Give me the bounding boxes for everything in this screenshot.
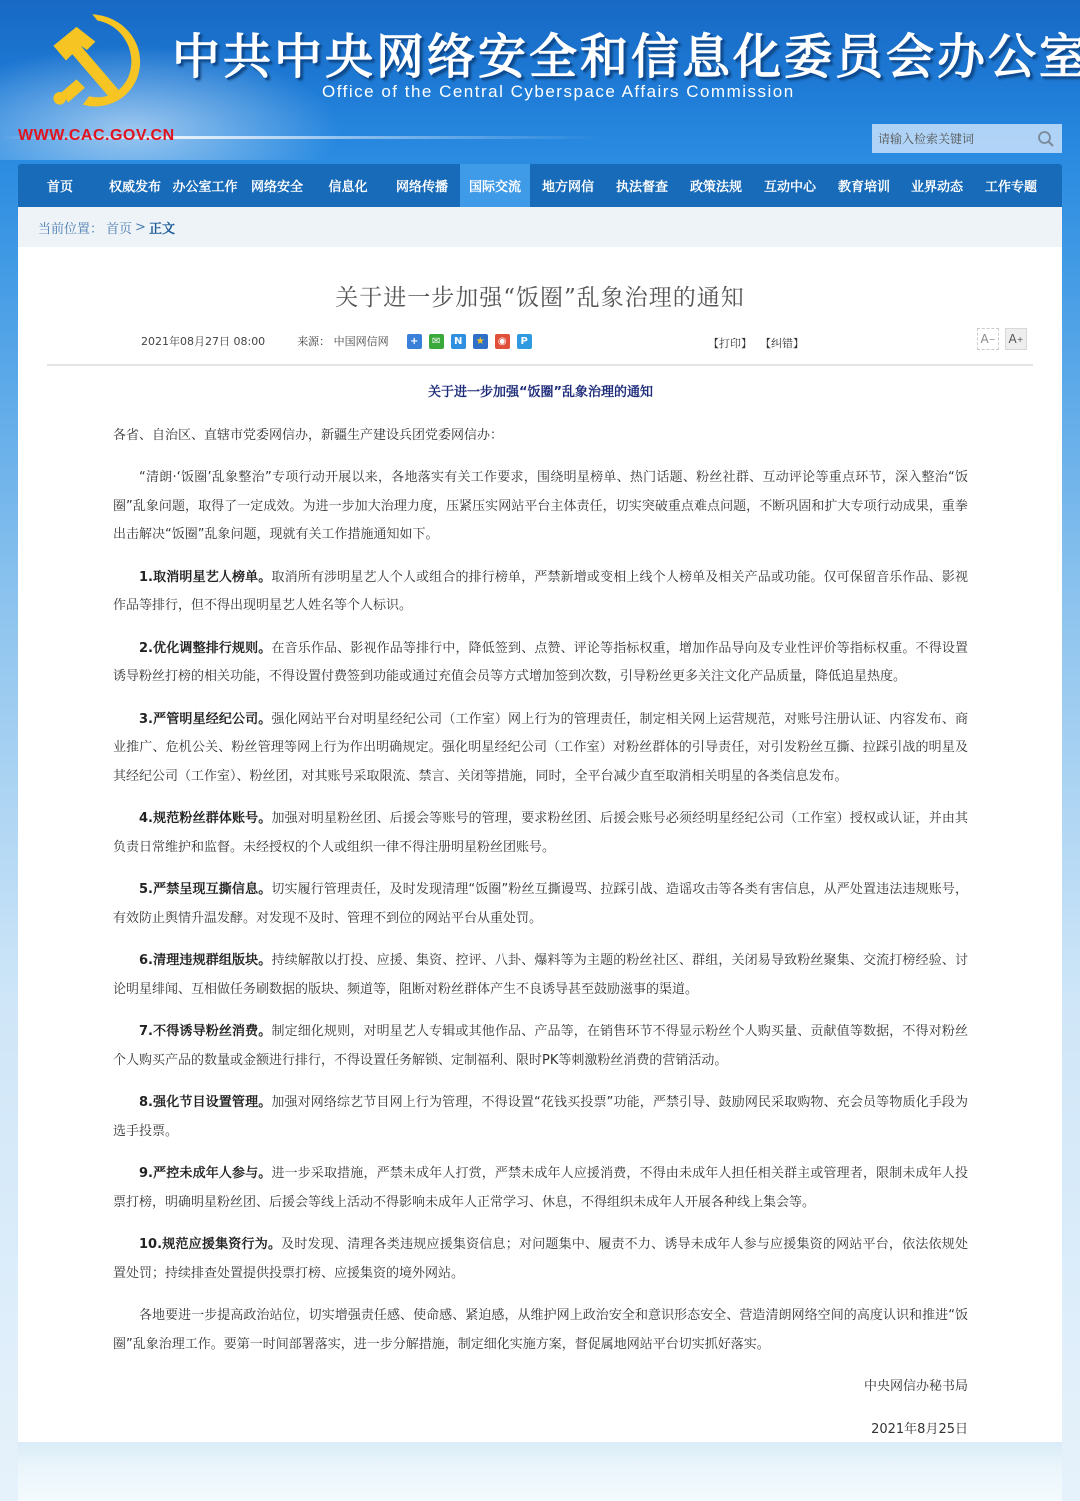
signature: 中央网信办秘书局 [113, 1373, 968, 1402]
measure-item-9: 9.严控未成年人参与。进一步采取措施，严禁未成年人打赏，严禁未成年人应援消费，不… [113, 1160, 968, 1217]
breadcrumb-current: 正文 [149, 218, 175, 237]
salutation: 各省、自治区、直辖市党委网信办，新疆生产建设兵团党委网信办： [113, 422, 968, 451]
article-title: 关于进一步加强“饭圈”乱象治理的通知 [18, 279, 1062, 312]
measure-item-1: 1.取消明星艺人榜单。取消所有涉明星艺人个人或组合的排行榜单，严禁新增或变相上线… [113, 564, 968, 621]
nav-item-office-work[interactable]: 办公室工作 [168, 164, 242, 207]
news-icon[interactable]: N [451, 334, 466, 349]
article-source: 来源： 中国网信网 [297, 333, 389, 349]
search-input[interactable] [878, 132, 1028, 146]
main-nav: 首页 权威发布 办公室工作 网络安全 信息化 网络传播 国际交流 地方网信 执法… [18, 164, 1062, 207]
measure-heading: 3.严管明星经纪公司。 [139, 712, 271, 727]
article-tools: 【打印】 【纠错】 [708, 335, 804, 351]
intro-paragraph: “清朗·‘饭圈’乱象整治”专项行动开展以来，各地落实有关工作要求，围绕明星榜单、… [113, 464, 968, 550]
article-body: 关于进一步加强“饭圈”乱象治理的通知 各省、自治区、直辖市党委网信办，新疆生产建… [113, 379, 968, 1458]
nav-item-informatization[interactable]: 信息化 [312, 164, 384, 207]
wechat-icon[interactable]: ✉ [429, 334, 444, 349]
weibo-icon[interactable]: ◉ [495, 334, 510, 349]
pinterest-icon[interactable]: P [517, 334, 532, 349]
measure-item-3: 3.严管明星经纪公司。强化网站平台对明星经纪公司（工作室）网上行为的管理责任，制… [113, 706, 968, 792]
nav-item-interaction-center[interactable]: 互动中心 [754, 164, 826, 207]
breadcrumb-home-link[interactable]: 首页 [106, 218, 132, 237]
font-decrease-icon: A [981, 332, 989, 346]
site-title: 中共中央网络安全和信息化委员会办公室 [172, 18, 1080, 87]
font-decrease-button[interactable]: A− [977, 328, 999, 350]
document-title: 关于进一步加强“饭圈”乱象治理的通知 [113, 379, 968, 408]
nav-item-industry-news[interactable]: 业界动态 [902, 164, 972, 207]
qzone-icon[interactable]: ★ [473, 334, 488, 349]
measure-heading: 5.严禁呈现互撕信息。 [139, 882, 271, 897]
measure-item-10: 10.规范应援集资行为。及时发现、清理各类违规应援集资信息；对问题集中、履责不力… [113, 1231, 968, 1288]
measure-heading: 7.不得诱导粉丝消费。 [139, 1024, 271, 1039]
breadcrumb-separator: > [135, 220, 146, 235]
nav-item-authoritative-release[interactable]: 权威发布 [102, 164, 168, 207]
party-emblem-icon[interactable] [45, 8, 150, 113]
meta-divider [47, 364, 1033, 366]
font-increase-button[interactable]: A+ [1005, 328, 1027, 350]
print-button[interactable]: 【打印】 [708, 335, 752, 351]
article-container: 关于进一步加强“饭圈”乱象治理的通知 2021年08月27日 08:00 来源：… [18, 247, 1062, 1442]
search-box [872, 124, 1062, 153]
font-size-controls: A− A+ [977, 328, 1027, 350]
sign-date: 2021年8月25日 [113, 1416, 968, 1445]
breadcrumb: 当前位置： 首页 > 正文 [18, 207, 1062, 247]
measure-item-8: 8.强化节目设置管理。加强对网络综艺节目网上行为管理，不得设置“花钱买投票”功能… [113, 1089, 968, 1146]
site-url[interactable]: WWW.CAC.GOV.CN [18, 127, 175, 145]
measure-item-2: 2.优化调整排行规则。在音乐作品、影视作品等排行中，降低签到、点赞、评论等指标权… [113, 635, 968, 692]
measure-heading: 2.优化调整排行规则。 [139, 641, 271, 656]
publish-datetime: 2021年08月27日 08:00 [141, 333, 265, 349]
site-subtitle: Office of the Central Cyberspace Affairs… [322, 82, 795, 102]
measure-item-7: 7.不得诱导粉丝消费。制定细化规则，对明星艺人专辑或其他作品、产品等，在销售环节… [113, 1018, 968, 1075]
breadcrumb-label: 当前位置： [38, 218, 103, 237]
font-increase-icon: A [1009, 332, 1017, 346]
measure-heading: 4.规范粉丝群体账号。 [139, 811, 271, 826]
nav-item-home[interactable]: 首页 [18, 164, 102, 207]
measure-heading: 8.强化节目设置管理。 [139, 1095, 271, 1110]
site-header: 中共中央网络安全和信息化委员会办公室 Office of the Central… [0, 0, 1080, 160]
measure-item-5: 5.严禁呈现互撕信息。切实履行管理责任，及时发现清理“饭圈”粉丝互撕谩骂、拉踩引… [113, 876, 968, 933]
nav-item-network-communication[interactable]: 网络传播 [384, 164, 460, 207]
nav-item-education-training[interactable]: 教育培训 [826, 164, 902, 207]
measure-item-6: 6.清理违规群组版块。持续解散以打投、应援、集资、控评、八卦、爆料等为主题的粉丝… [113, 947, 968, 1004]
measure-heading: 1.取消明星艺人榜单。 [139, 570, 271, 585]
nav-item-international-exchange[interactable]: 国际交流 [460, 164, 530, 207]
nav-item-special-topics[interactable]: 工作专题 [972, 164, 1050, 207]
search-icon[interactable] [1036, 129, 1056, 149]
measure-heading: 6.清理违规群组版块。 [139, 953, 271, 968]
measure-heading: 10.规范应援集资行为。 [139, 1237, 281, 1252]
share-more-icon[interactable]: + [407, 334, 422, 349]
share-bar: + ✉ N ★ ◉ P [407, 334, 532, 349]
measure-heading: 9.严控未成年人参与。 [139, 1166, 271, 1181]
nav-item-local-cac[interactable]: 地方网信 [530, 164, 606, 207]
nav-item-policies-regulations[interactable]: 政策法规 [678, 164, 754, 207]
article-meta: 2021年08月27日 08:00 来源： 中国网信网 + ✉ N ★ ◉ P [141, 333, 532, 349]
closing-paragraph: 各地要进一步提高政治站位，切实增强责任感、使命感、紧迫感，从维护网上政治安全和意… [113, 1302, 968, 1359]
measure-item-4: 4.规范粉丝群体账号。加强对明星粉丝团、后援会等账号的管理，要求粉丝团、后援会账… [113, 805, 968, 862]
nav-item-cybersecurity[interactable]: 网络安全 [242, 164, 312, 207]
report-error-button[interactable]: 【纠错】 [760, 335, 804, 351]
nav-item-law-enforcement[interactable]: 执法督查 [606, 164, 678, 207]
footer-band [18, 1442, 1062, 1501]
